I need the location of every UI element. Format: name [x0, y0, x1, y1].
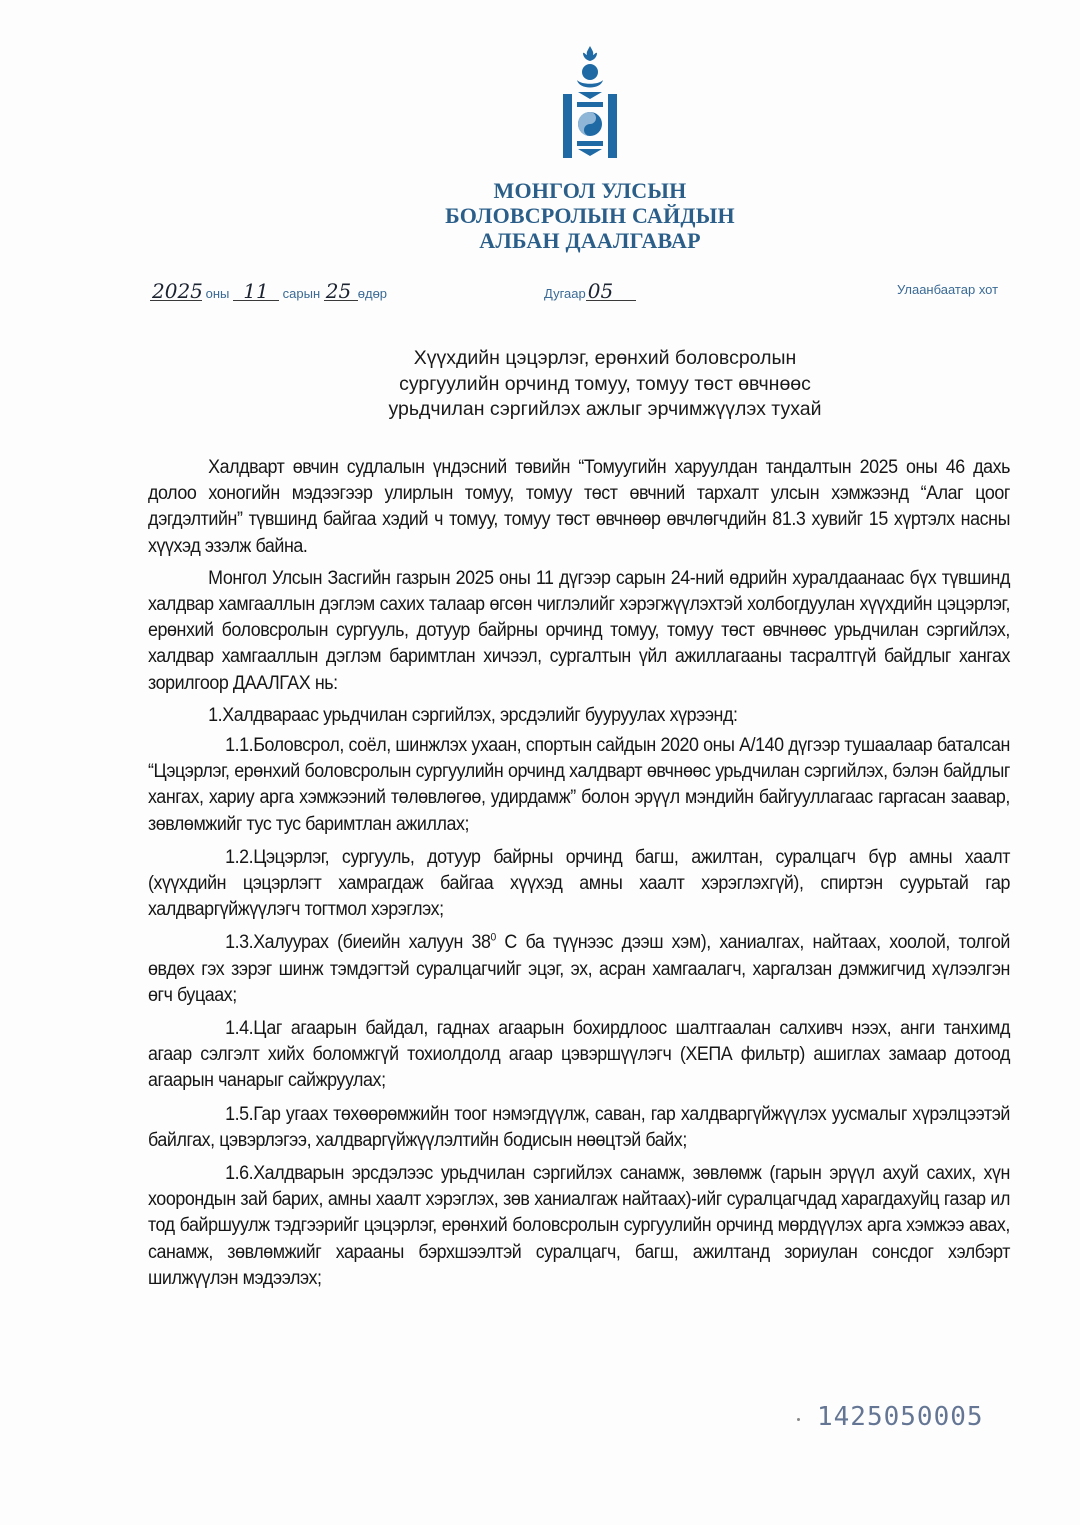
soyombo-emblem-icon: [555, 44, 625, 162]
document-title: Хүүхдийн цэцэрлэг, ерөнхий боловсролын с…: [0, 346, 1080, 423]
number-label: Дугаар: [544, 286, 586, 301]
item-1-3: 1.3.Халуурах (биеийн халуун 380 С ба түү…: [148, 930, 1010, 1009]
item-text: Боловсрол, соёл, шинжлэх ухаан, спортын …: [148, 735, 1010, 835]
document-date: 2025 оны 11 сарын 25өдөр: [150, 282, 387, 301]
date-day-label: өдөр: [358, 286, 387, 301]
body-paragraph-2: Монгол Улсын Засгийн газрын 2025 оны 11 …: [148, 566, 1010, 697]
document-body: Халдварт өвчин судлалын үндэсний төвийн …: [148, 455, 1010, 1299]
item-1-5: 1.5.Гар угаах төхөөрөмжийн тоог нэмэгдүү…: [148, 1102, 1010, 1154]
number-value: 05: [586, 282, 636, 301]
document-number: Дугаар05: [544, 282, 636, 301]
item-text: Халдварын эрсдэлээс урьдчилан сэргийлэх …: [148, 1163, 1010, 1289]
document-city: Улаанбаатар хот: [897, 282, 998, 297]
item-number: 1.5.: [225, 1104, 253, 1125]
item-1-6: 1.6.Халдварын эрсдэлээс урьдчилан сэргий…: [148, 1161, 1010, 1292]
item-1-1: 1.1.Боловсрол, соёл, шинжлэх ухаан, спор…: [148, 733, 1010, 838]
item-number: 1.1.: [225, 735, 253, 756]
item-1-2: 1.2.Цэцэрлэг, сургууль, дотуур байрны ор…: [148, 845, 1010, 924]
date-month-label: сарын: [283, 286, 320, 301]
date-year: 2025: [150, 282, 202, 301]
item-number: 1.6.: [225, 1163, 253, 1184]
title-line-2: сургуулийн орчинд томуу, томуу төст өвчн…: [0, 372, 1080, 398]
date-year-label: оны: [206, 286, 230, 301]
item-text: Гар угаах төхөөрөмжийн тоог нэмэгдүүлж, …: [148, 1104, 1010, 1151]
header-line-1: МОНГОЛ УЛСЫН: [0, 178, 1080, 203]
item-number: 1.2.: [225, 847, 253, 868]
item-text-before: Халуурах (биеийн халуун 38: [253, 932, 490, 953]
section-1-heading: 1.Халдвараас урьдчилан сэргийлэх, эрсдэл…: [148, 703, 1010, 729]
header-line-3: АЛБАН ДААЛГАВАР: [0, 228, 1080, 253]
header-line-2: БОЛОВСРОЛЫН САЙДЫН: [0, 203, 1080, 228]
stamp-dot: [797, 1418, 800, 1421]
serial-stamp: 1425050005: [817, 1402, 984, 1432]
item-text: Цаг агаарын байдал, гаднах агаарын бохир…: [148, 1018, 1010, 1091]
item-number: 1.3.: [225, 932, 253, 953]
item-text: Цэцэрлэг, сургууль, дотуур байрны орчинд…: [148, 847, 1010, 920]
title-line-3: урьдчилан сэргийлэх ажлыг эрчимжүүлэх ту…: [0, 397, 1080, 423]
item-1-4: 1.4.Цаг агаарын байдал, гаднах агаарын б…: [148, 1016, 1010, 1095]
item-number: 1.4.: [225, 1018, 253, 1039]
date-month: 11: [233, 282, 279, 301]
title-line-1: Хүүхдийн цэцэрлэг, ерөнхий боловсролын: [0, 346, 1080, 372]
date-day: 25: [324, 282, 358, 301]
body-paragraph-1: Халдварт өвчин судлалын үндэсний төвийн …: [148, 455, 1010, 560]
document-page: МОНГОЛ УЛСЫН БОЛОВСРОЛЫН САЙДЫН АЛБАН ДА…: [0, 0, 1080, 1525]
ministry-header: МОНГОЛ УЛСЫН БОЛОВСРОЛЫН САЙДЫН АЛБАН ДА…: [0, 178, 1080, 253]
